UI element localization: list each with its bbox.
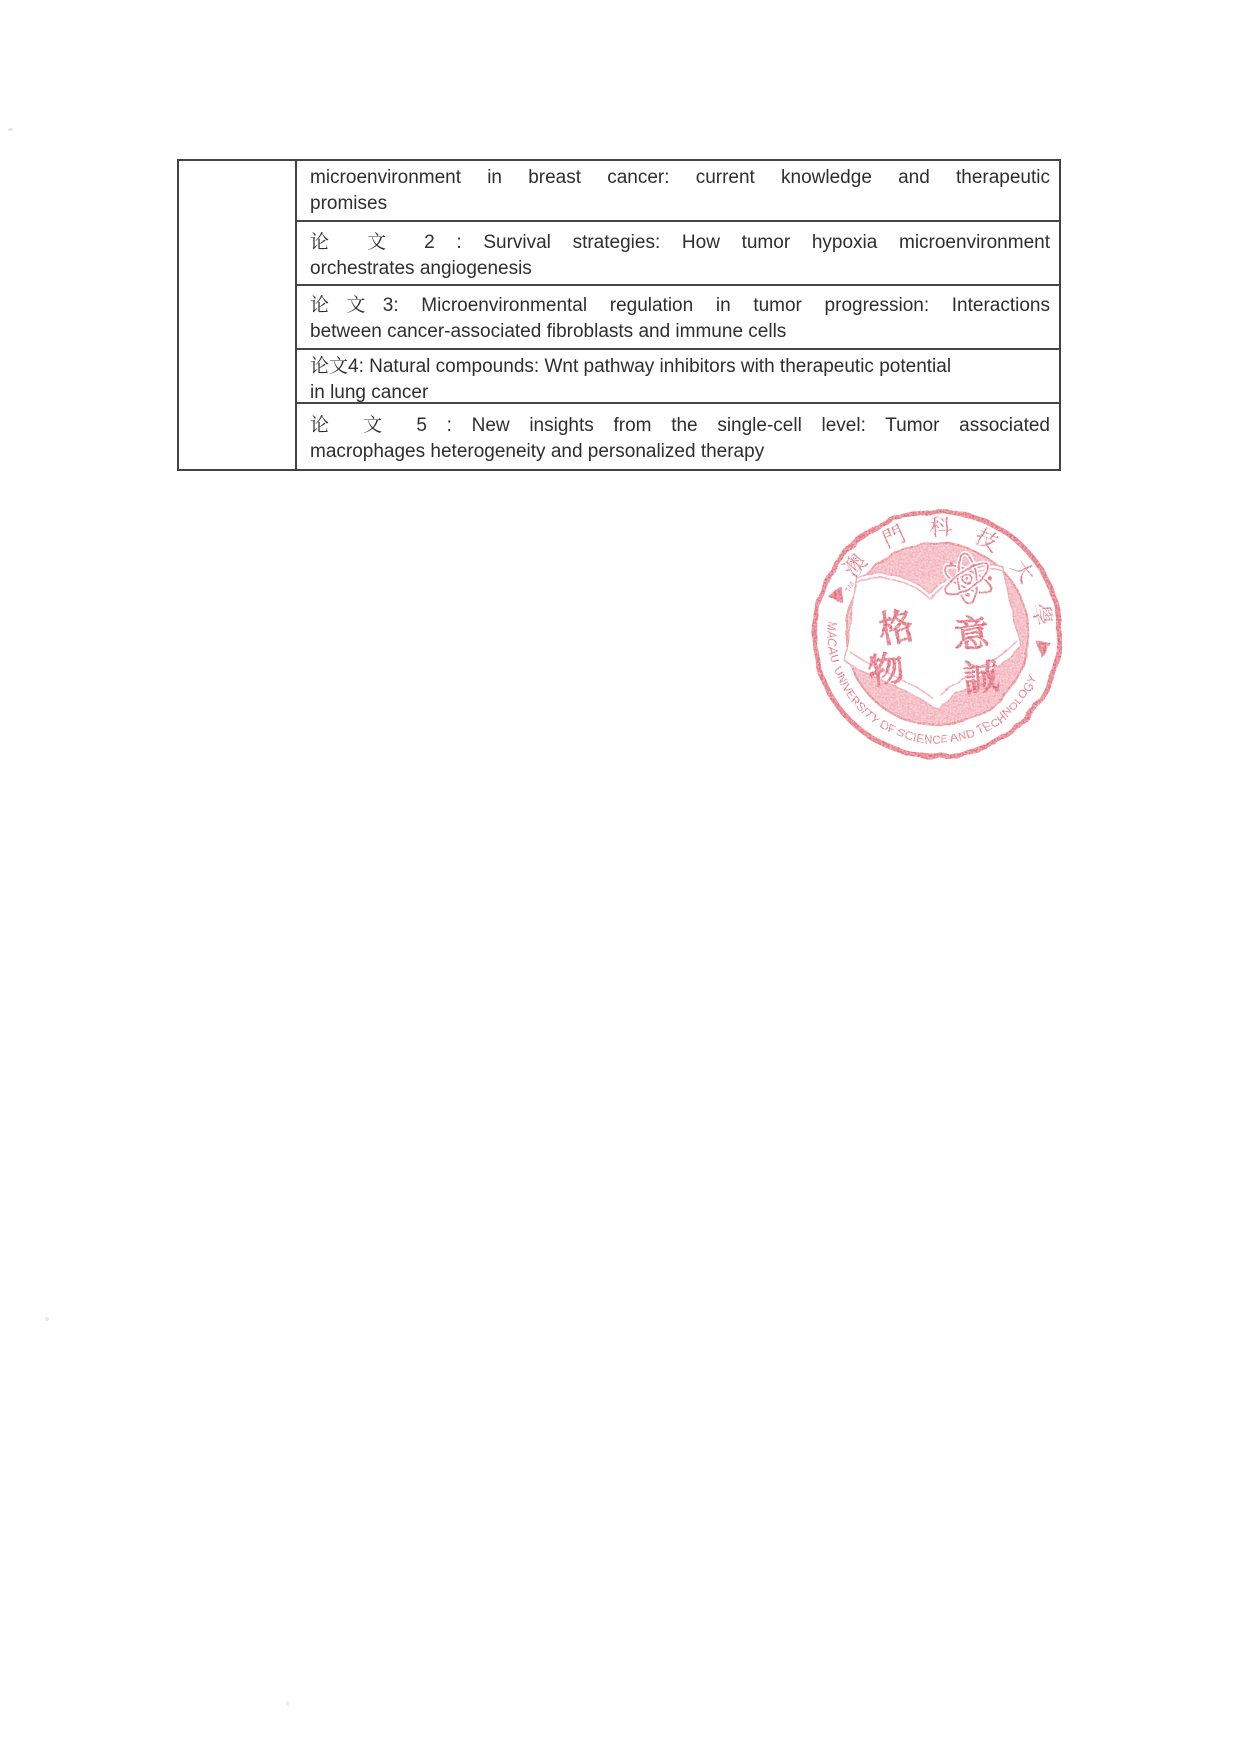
university-stamp-seal: 格 物 意 誠 [802, 499, 1072, 769]
paper-title-line: between cancer-associated fibroblasts an… [310, 319, 1050, 345]
table-row: 论文4: Natural compounds: Wnt pathway inhi… [297, 348, 1059, 403]
paper-title-line: 论文4: Natural compounds: Wnt pathway inhi… [310, 354, 1050, 380]
paper-title-line: promises [310, 191, 1050, 217]
paper-title-line: 论 文 2 : Survival strategies: How tumor h… [310, 230, 1050, 256]
paper-title-line: in lung cancer [310, 380, 1050, 403]
table-row: 论 文 2 : Survival strategies: How tumor h… [297, 220, 1059, 285]
scan-speck [286, 1701, 289, 1706]
scanned-document-page: microenvironment in breast cancer: curre… [0, 0, 1241, 1755]
paper-title-line: macrophages heterogeneity and personaliz… [310, 439, 1050, 465]
table-header-column-empty [179, 161, 297, 469]
paper-title-line: orchestrates angiogenesis [310, 256, 1050, 282]
publications-list: microenvironment in breast cancer: curre… [297, 161, 1059, 469]
paper-title-line: microenvironment in breast cancer: curre… [310, 165, 1050, 191]
scan-speck [8, 128, 13, 131]
paper-title-line: 论 文 5 : New insights from the single-cel… [310, 413, 1050, 439]
table-row: 论 文 5 : New insights from the single-cel… [297, 402, 1059, 469]
university-stamp: 格 物 意 誠 [802, 499, 1072, 769]
publications-table: microenvironment in breast cancer: curre… [177, 159, 1061, 471]
table-row: microenvironment in breast cancer: curre… [297, 161, 1059, 220]
paper-title-line: 论文3: Microenvironmental regulation in tu… [310, 293, 1050, 319]
scan-speck [45, 1317, 49, 1321]
table-row: 论文3: Microenvironmental regulation in tu… [297, 284, 1059, 348]
stamp-ink-texture [802, 499, 1072, 769]
